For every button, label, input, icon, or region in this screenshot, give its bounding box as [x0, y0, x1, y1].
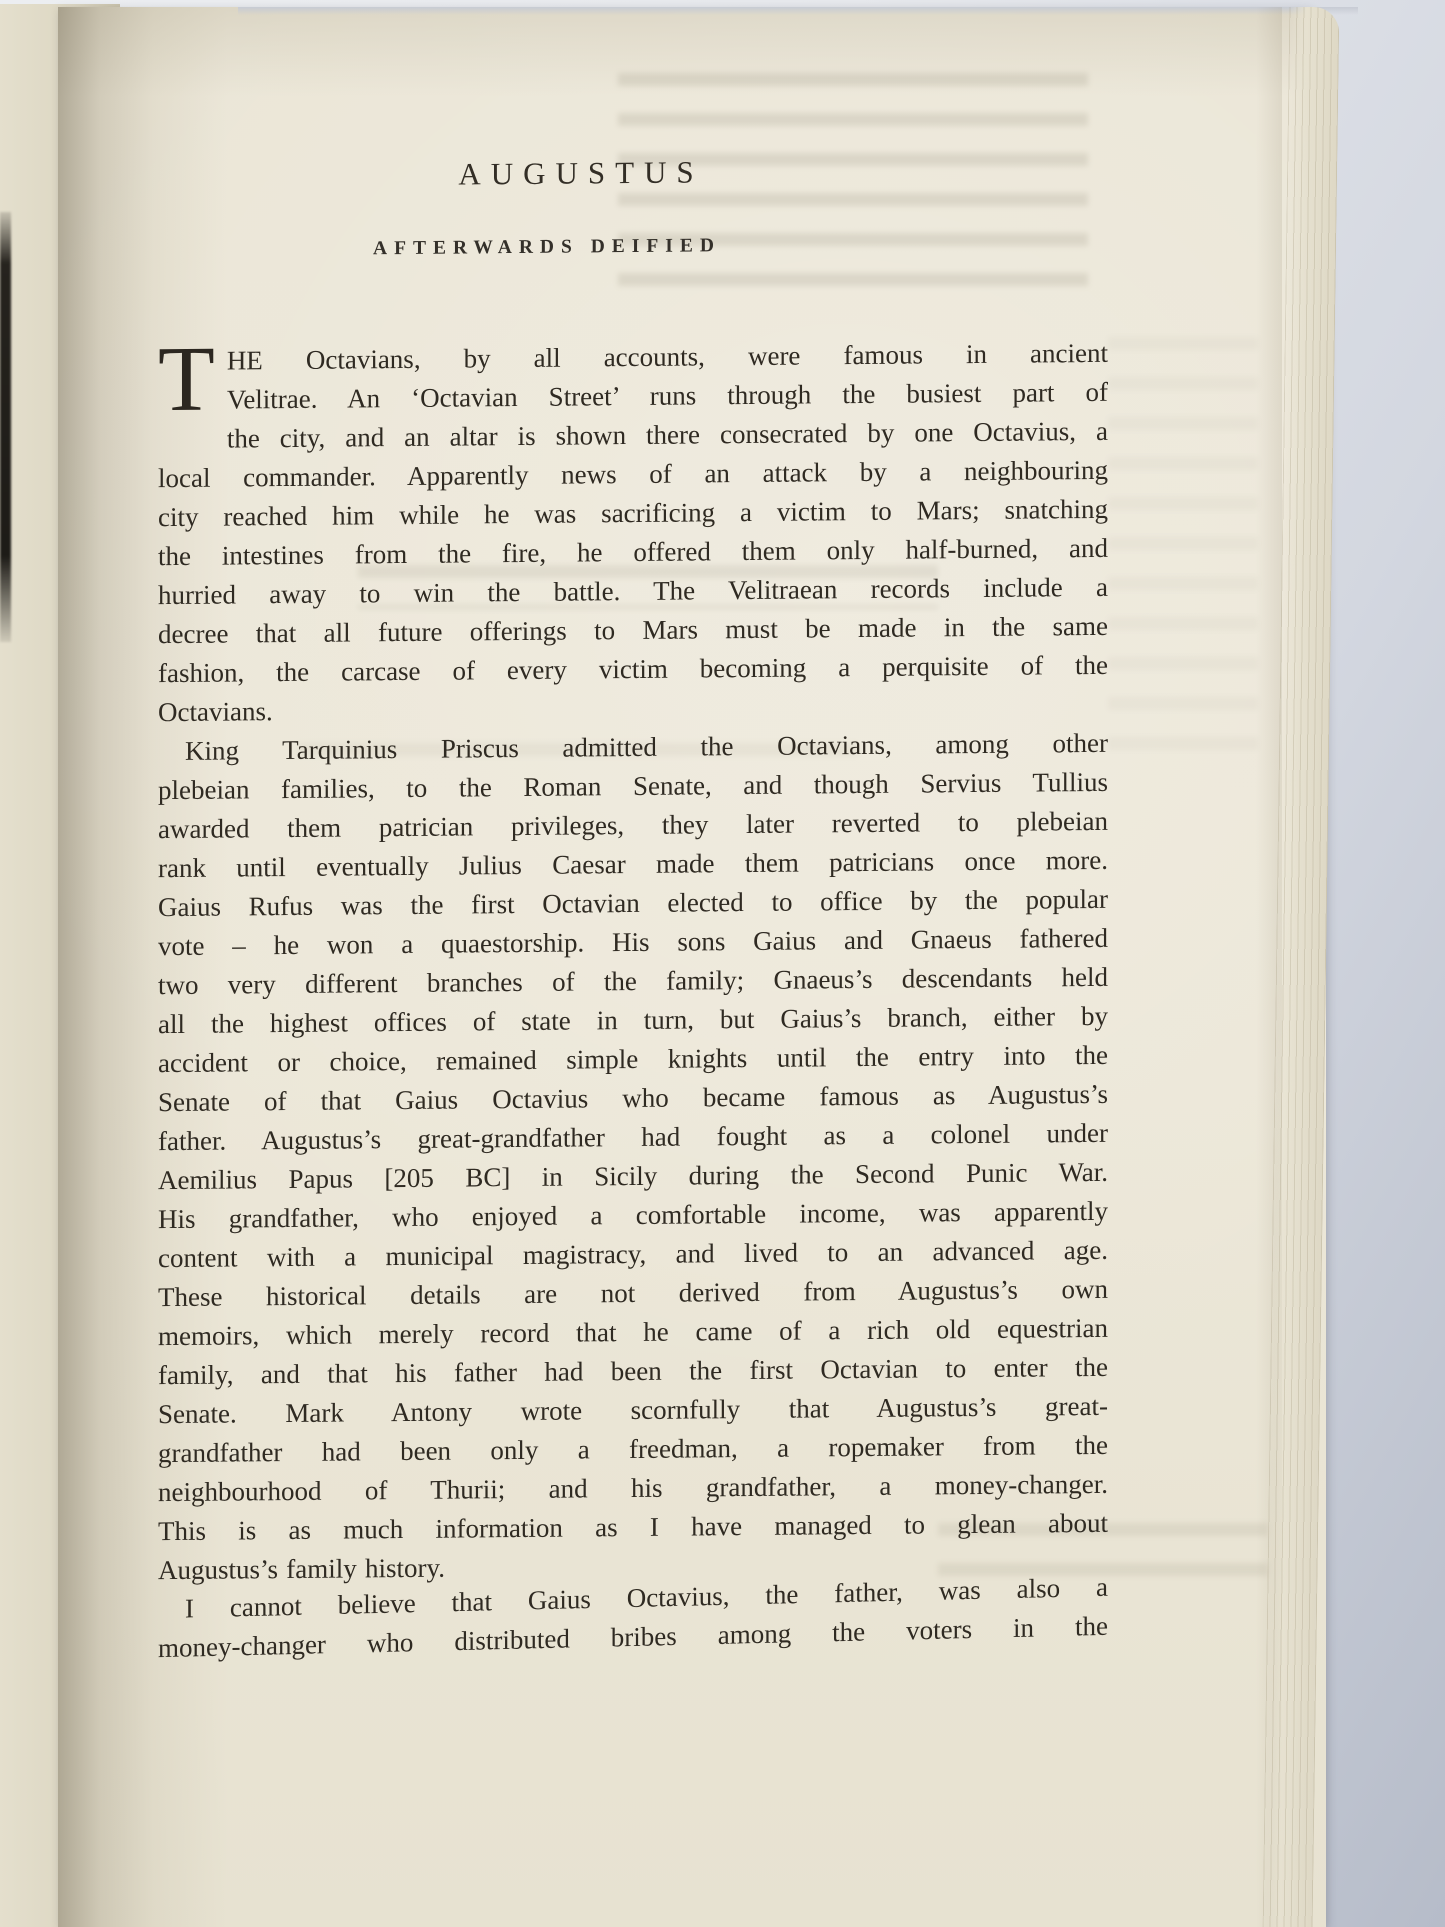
book-photo: AUGUSTUS AFTERWARDS DEIFIED THE Octavian… [0, 0, 1445, 1927]
drop-cap: T [158, 342, 227, 423]
paragraph: THE Octavians, by all accounts, were fam… [158, 334, 1108, 732]
page-top-edge [238, 7, 1358, 15]
text-line: This is as much information as I have ma… [158, 1504, 1108, 1551]
body-text: THE Octavians, by all accounts, were fam… [158, 334, 1108, 1668]
text-line: fashion, the carcase of every victim bec… [158, 646, 1108, 693]
paragraph: King Tarquinius Priscus admitted the Oct… [158, 724, 1108, 1590]
page-showthrough [1108, 337, 1258, 757]
book-page: AUGUSTUS AFTERWARDS DEIFIED THE Octavian… [58, 7, 1326, 1927]
book-cover-sliver [0, 212, 11, 642]
